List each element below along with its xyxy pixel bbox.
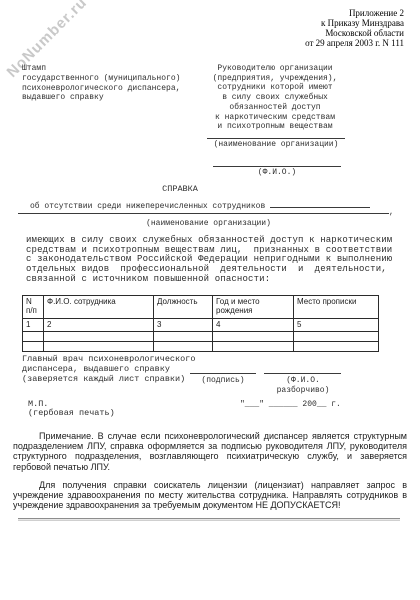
table-row	[23, 342, 379, 352]
document-title: СПРАВКА	[120, 184, 240, 194]
note-paragraph: Примечание. В случае если психоневрологи…	[13, 431, 407, 472]
stamp-line: выдавшего справку	[22, 93, 180, 103]
signature-blank	[190, 364, 256, 374]
column-number-row: 1 2 3 4 5	[23, 319, 379, 332]
column-number: 2	[44, 319, 154, 332]
empty-cell	[23, 332, 44, 342]
stamp-line: Штамп	[22, 64, 180, 74]
head-fio-field: (Ф.И.О.)	[213, 166, 341, 177]
empty-cell	[44, 332, 154, 342]
header-line: к Приказу Минздрава	[305, 18, 404, 28]
column-number: 4	[213, 319, 294, 332]
column-number: 1	[23, 319, 44, 332]
empty-cell	[154, 332, 213, 342]
empty-cell	[213, 332, 294, 342]
empty-cell	[154, 342, 213, 352]
document-page: NoNumber.ru Приложение 2 к Приказу Минзд…	[0, 0, 420, 600]
signature-caption: (подпись)	[188, 376, 258, 386]
seal-caption: (гербовая печать)	[28, 408, 115, 418]
org-name-caption: (наименование организации)	[22, 219, 395, 228]
organization-name-field: (наименование организации)	[207, 138, 345, 149]
empty-cell	[23, 342, 44, 352]
header-block: Приложение 2 к Приказу Минздрава Московс…	[305, 8, 404, 48]
stamp-line: психоневрологического диспансера,	[22, 84, 180, 94]
header-line: Московской области	[305, 28, 404, 38]
col-header-address: Место прописки	[294, 296, 379, 319]
col-header-position: Должность	[154, 296, 213, 319]
empty-cell	[44, 342, 154, 352]
header-line: Приложение 2	[305, 8, 404, 18]
note-paragraph: Для получения справки соискатель лицензи…	[13, 480, 407, 511]
signer-fio-blank	[264, 364, 341, 374]
signature-block: Главный врач психоневрологического диспа…	[22, 354, 195, 384]
empty-cell	[213, 342, 294, 352]
col-header-fio: Ф.И.О. сотрудника	[44, 296, 154, 319]
header-line: от 29 апреля 2003 г. N 111	[305, 38, 404, 48]
subject-underline-row: ,	[18, 206, 394, 217]
stamp-block: Штамп государственного (муниципального) …	[22, 64, 180, 103]
date-field: "___" ______ 200__ г.	[240, 400, 341, 409]
organization-name-label: (наименование организации)	[214, 140, 339, 149]
body-line: связанной с источником повышенной опасно…	[26, 275, 392, 285]
col-header-num: N п/п	[23, 296, 44, 319]
addressee-line: в силу своих служебных	[205, 93, 345, 103]
stamp-line: государственного (муниципального)	[22, 74, 180, 84]
col-header-birth: Год и место рождения	[213, 296, 294, 319]
addressee-line: обязанностей доступ	[205, 103, 345, 113]
comma: ,	[389, 208, 394, 217]
org-name-blank-2	[18, 206, 389, 214]
signer-fio-caption: (Ф.И.О. разборчиво)	[272, 376, 334, 395]
empty-cell	[294, 332, 379, 342]
addressee-line: и психотропным веществам	[205, 122, 345, 132]
table-row	[23, 332, 379, 342]
column-number: 5	[294, 319, 379, 332]
signature-line: (заверяется каждый лист справки)	[22, 374, 195, 384]
addressee-line: сотрудники которой имеют	[205, 83, 345, 93]
addressee-block: Руководителю организации (предприятия, у…	[205, 64, 345, 132]
addressee-line: (предприятия, учреждения),	[205, 74, 345, 84]
empty-cell	[294, 342, 379, 352]
signature-line: диспансера, выдавшего справку	[22, 364, 195, 374]
column-number: 3	[154, 319, 213, 332]
addressee-line: к наркотическим средствам	[205, 113, 345, 123]
addressee-line: Руководителю организации	[205, 64, 345, 74]
head-fio-label: (Ф.И.О.)	[258, 168, 296, 177]
table-header-row: N п/п Ф.И.О. сотрудника Должность Год и …	[23, 296, 379, 319]
signature-line: Главный врач психоневрологического	[22, 354, 195, 364]
notes-block: Примечание. В случае если психоневрологи…	[13, 431, 407, 518]
employee-table: N п/п Ф.И.О. сотрудника Должность Год и …	[22, 295, 379, 352]
bottom-divider	[18, 518, 400, 521]
body-paragraph: имеющих в силу своих служебных обязаннос…	[26, 236, 392, 285]
